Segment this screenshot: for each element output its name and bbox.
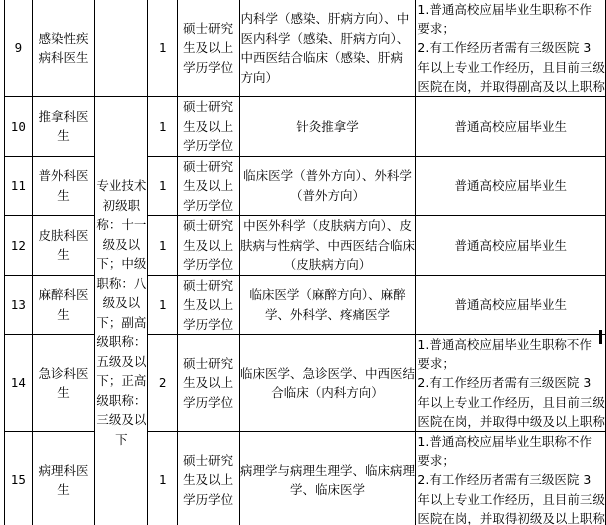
major: 临床医学（麻醉方向）、麻醉学、外科学、疼痛医学 bbox=[239, 275, 416, 335]
position-name: 皮肤科医生 bbox=[32, 216, 95, 276]
major: 临床医学（普外方向）、外科学（普外方向） bbox=[239, 156, 416, 216]
headcount: 2 bbox=[148, 335, 177, 432]
position-name: 推拿科医生 bbox=[32, 97, 95, 157]
degree: 硕士研究生及以上学历学位 bbox=[177, 335, 239, 432]
requirement: 1.普通高校应届毕业生职称不作 要求； 2.有工作经历者需有三级医院 3 年以上… bbox=[416, 335, 606, 432]
row-number: 12 bbox=[5, 216, 33, 276]
table-row: 13 麻醉科医生 1 硕士研究生及以上学历学位 临床医学（麻醉方向）、麻醉学、外… bbox=[5, 275, 606, 335]
row-number: 9 bbox=[5, 0, 33, 97]
row-number: 11 bbox=[5, 156, 33, 216]
requirement: 普通高校应届毕业生 bbox=[416, 156, 606, 216]
row-number: 10 bbox=[5, 97, 33, 157]
degree: 硕士研究生及以上学历学位 bbox=[177, 275, 239, 335]
table-row: 9 感染性疾病科医生 1 硕士研究生及以上学历学位 内科学（感染、肝病方向）、中… bbox=[5, 0, 606, 97]
headcount: 1 bbox=[148, 275, 177, 335]
headcount: 1 bbox=[148, 432, 177, 525]
requirement: 普通高校应届毕业生 bbox=[416, 275, 606, 335]
row-number: 13 bbox=[5, 275, 33, 335]
table-row: 12 皮肤科医生 1 硕士研究生及以上学历学位 中医外科学（皮肤病方向）、皮肤病… bbox=[5, 216, 606, 276]
title-level-cell-top bbox=[95, 0, 148, 97]
degree: 硕士研究生及以上学历学位 bbox=[177, 0, 239, 97]
row-number: 14 bbox=[5, 335, 33, 432]
text-cursor-mark bbox=[599, 330, 602, 344]
headcount: 1 bbox=[148, 0, 177, 97]
position-name: 病理科医生 bbox=[32, 432, 95, 525]
position-name: 急诊科医生 bbox=[32, 335, 95, 432]
degree: 硕士研究生及以上学历学位 bbox=[177, 216, 239, 276]
recruitment-table: 9 感染性疾病科医生 1 硕士研究生及以上学历学位 内科学（感染、肝病方向）、中… bbox=[4, 0, 606, 525]
requirement: 普通高校应届毕业生 bbox=[416, 216, 606, 276]
headcount: 1 bbox=[148, 156, 177, 216]
position-name: 麻醉科医生 bbox=[32, 275, 95, 335]
requirement: 1.普通高校应届毕业生职称不作 要求； 2.有工作经历者需有三级医院 3 年以上… bbox=[416, 0, 606, 97]
table-row: 11 普外科医生 1 硕士研究生及以上学历学位 临床医学（普外方向）、外科学（普… bbox=[5, 156, 606, 216]
position-name: 感染性疾病科医生 bbox=[32, 0, 95, 97]
table-row: 15 病理科医生 1 硕士研究生及以上学历学位 病理学与病理生理学、临床病理学、… bbox=[5, 432, 606, 525]
major: 临床医学、急诊医学、中西医结合临床（内科方向） bbox=[239, 335, 416, 432]
major: 中医外科学（皮肤病方向）、皮肤病与性病学、中西医结合临床（皮肤病方向） bbox=[239, 216, 416, 276]
degree: 硕士研究生及以上学历学位 bbox=[177, 97, 239, 157]
table-row: 14 急诊科医生 2 硕士研究生及以上学历学位 临床医学、急诊医学、中西医结合临… bbox=[5, 335, 606, 432]
requirement: 普通高校应届毕业生 bbox=[416, 97, 606, 157]
major: 病理学与病理生理学、临床病理学、临床医学 bbox=[239, 432, 416, 525]
degree: 硕士研究生及以上学历学位 bbox=[177, 156, 239, 216]
major: 针灸推拿学 bbox=[239, 97, 416, 157]
degree: 硕士研究生及以上学历学位 bbox=[177, 432, 239, 525]
position-name: 普外科医生 bbox=[32, 156, 95, 216]
headcount: 1 bbox=[148, 97, 177, 157]
requirement: 1.普通高校应届毕业生职称不作 要求； 2.有工作经历者需有三级医院 3 年以上… bbox=[416, 432, 606, 525]
row-number: 15 bbox=[5, 432, 33, 525]
table-row: 10 推拿科医生 专业技术初级职称：十一级及以下；中级职称：八级及以下；副高级职… bbox=[5, 97, 606, 157]
major: 内科学（感染、肝病方向）、中医内科学（感染、肝病方向）、中西医结合临床（感染、肝… bbox=[239, 0, 416, 97]
title-level-cell: 专业技术初级职称：十一级及以下；中级职称：八级及以下；副高级职称：五级及以下；正… bbox=[95, 97, 148, 525]
headcount: 1 bbox=[148, 216, 177, 276]
